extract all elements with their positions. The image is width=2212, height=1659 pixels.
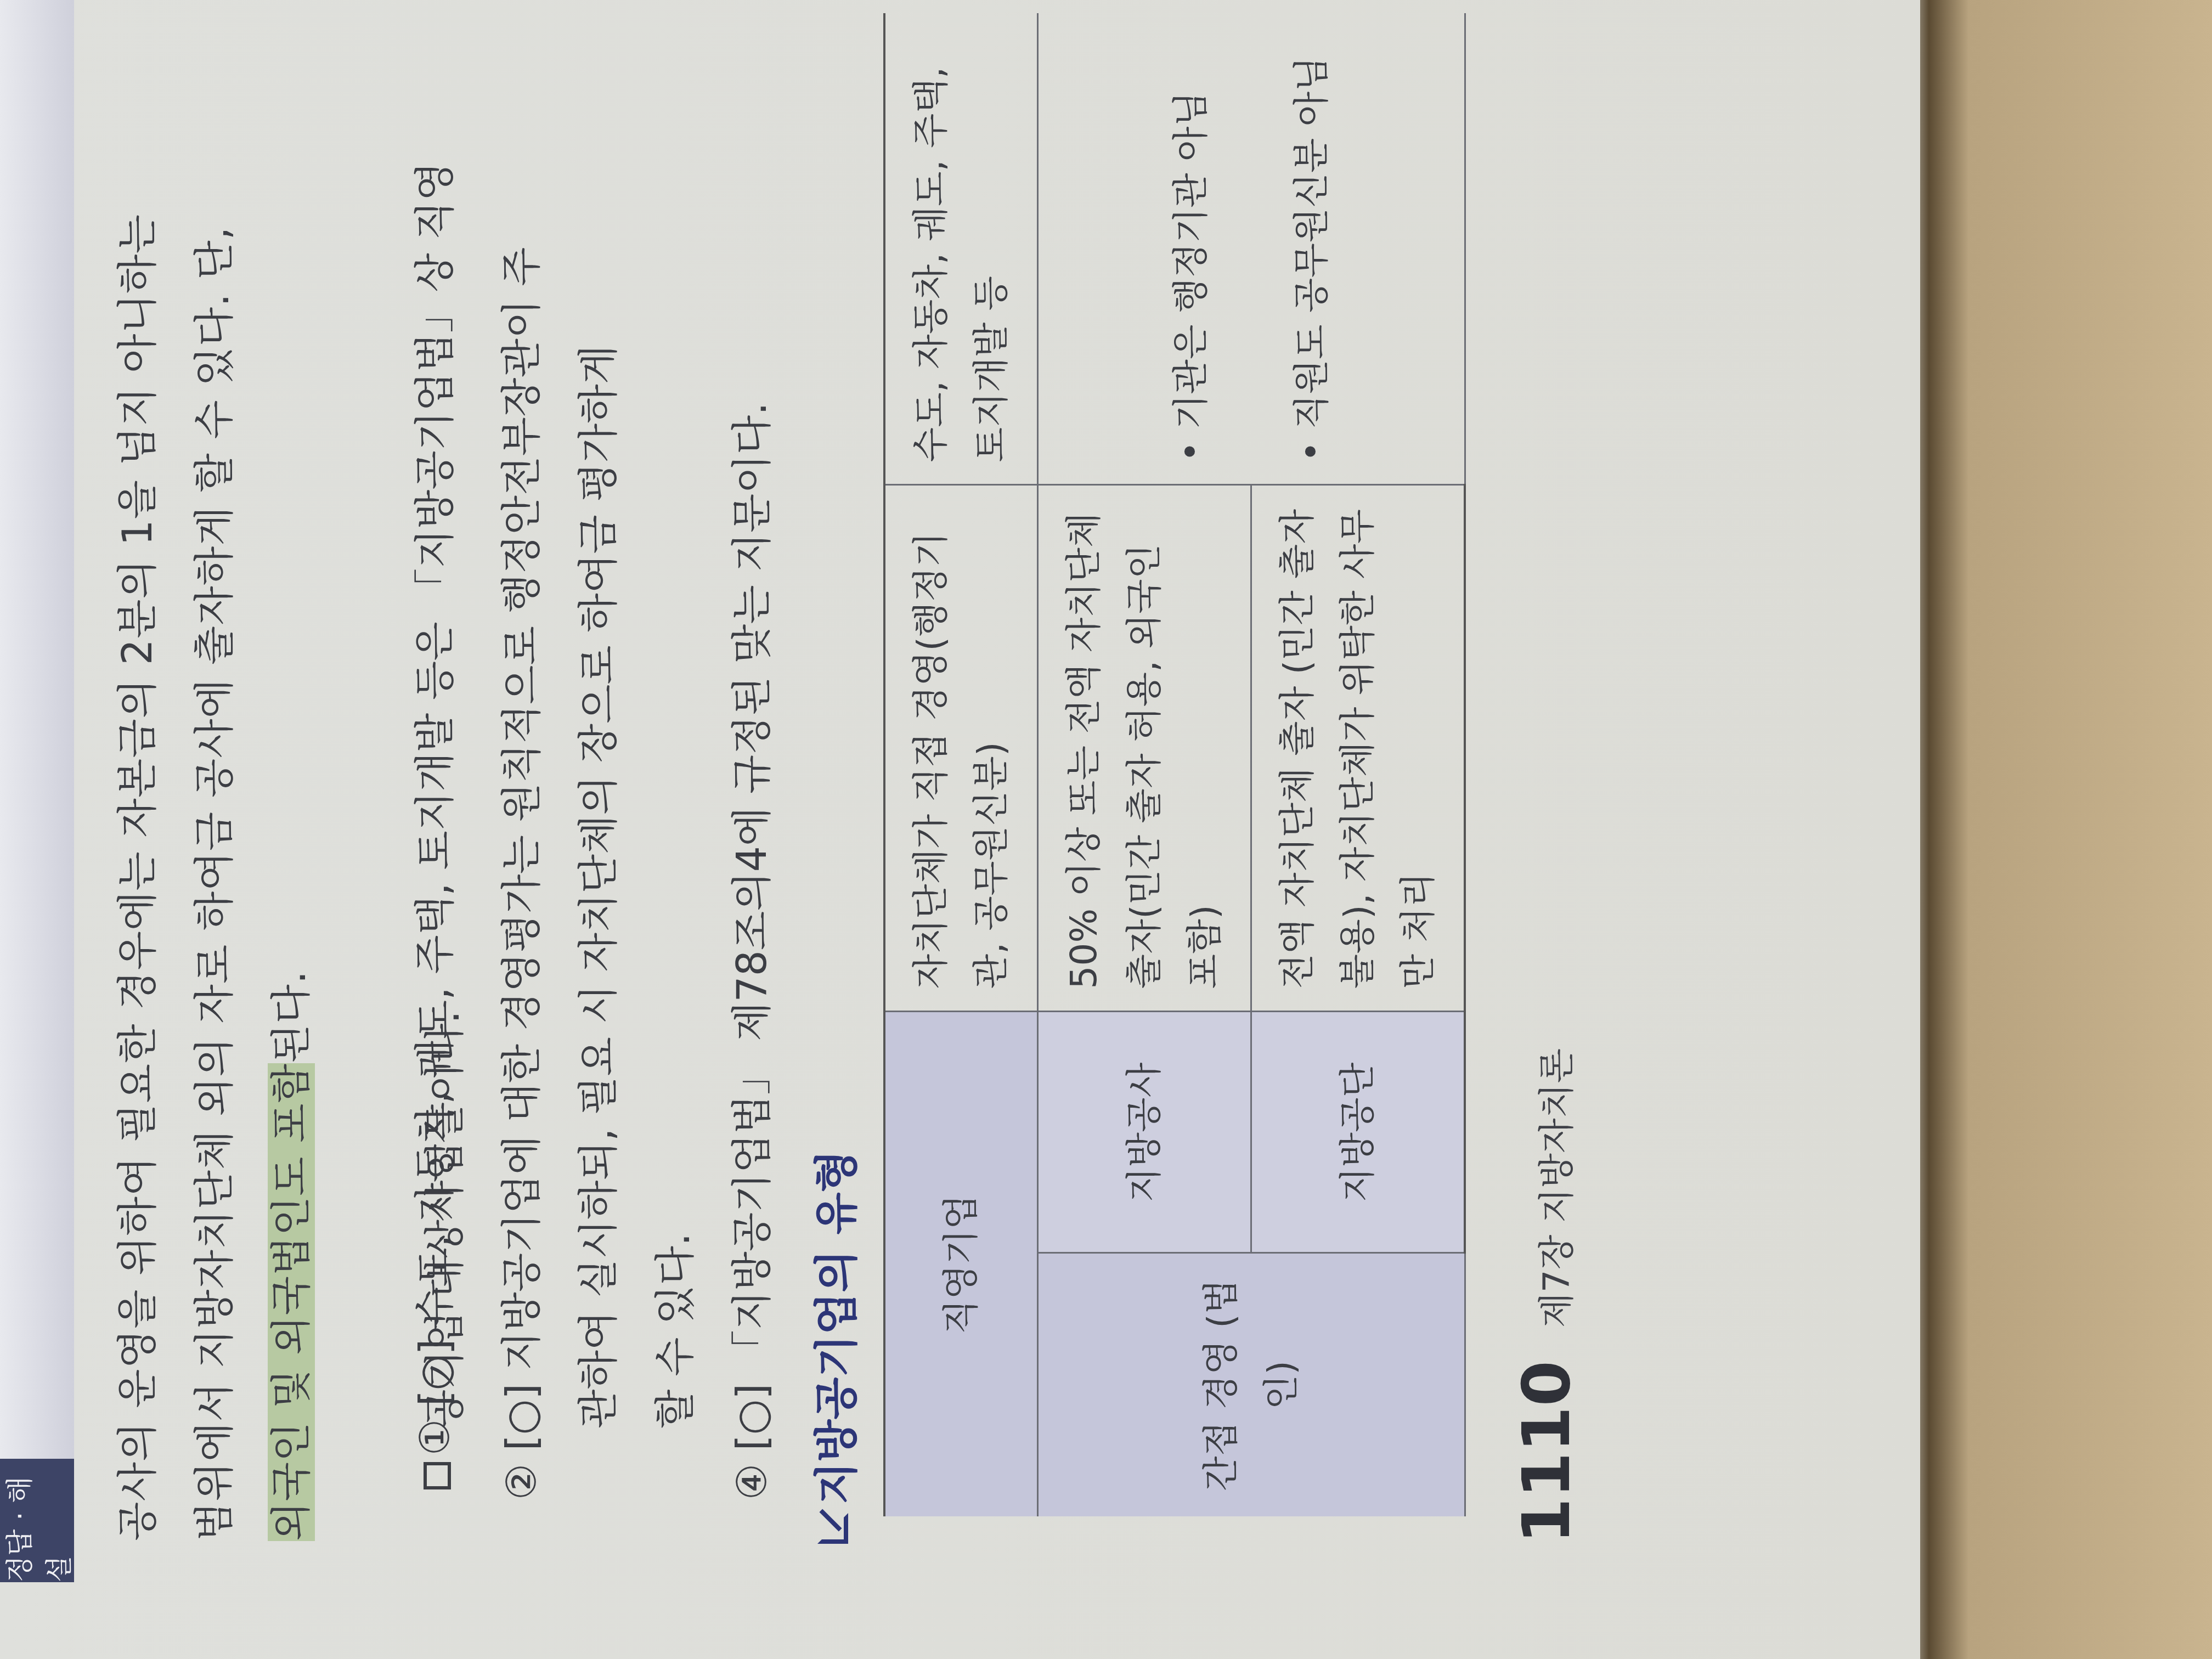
page-footer: 1110 제7장 지방자치론 — [1509, 1048, 1585, 1544]
desc-cell: 50% 이상 또는 전액 자치단체 출자(민간 출자 허용, 외국인 포함) — [1038, 485, 1251, 1012]
subtype-cell: 지방공사 — [1038, 1012, 1251, 1253]
table-row: 직영기업 자치단체가 직접 경영(행정기관, 공무원신분) 수도, 자동차, 궤… — [884, 13, 1038, 1516]
note-cell: 수도, 자동차, 궤도, 주택, 토지개발 등 — [884, 13, 1038, 485]
checkbox-icon — [424, 1462, 451, 1489]
answer-4: ④ [○] 「지방공기업법」 제78조의4에 규정된 맞는 지문이다. — [719, 402, 786, 1500]
header-band — [0, 0, 74, 1582]
answer-2-cont: 관하여 실시하되, 필요 시 자치단체의 장으로 하여금 평가하게 — [565, 345, 632, 1429]
highlighted-text: 외국인 및 외국법인도 포함 — [268, 1063, 315, 1541]
type-cell: 직영기업 — [884, 1012, 1038, 1516]
intro-line-1: 공사의 운영을 위하여 필요한 경우에는 자본금의 2분의 1을 넘지 아니하는 — [104, 214, 171, 1541]
intro-line-3: 외국인 및 외국법인도 포함된다. — [258, 970, 325, 1541]
note-cell: • 기관은 행정기관 아님 • 직원도 공무원신분 아님 — [1038, 13, 1465, 485]
desc-cell: 전액 자치단체 출자 (민간 출자 불용), 자치단체가 위탁한 사무만 처리 — [1251, 485, 1465, 1012]
enterprise-types-table: 직영기업 자치단체가 직접 경영(행정기관, 공무원신분) 수도, 자동차, 궤… — [883, 13, 1466, 1516]
answer-2-cont2: 할 수 있다. — [642, 1233, 709, 1429]
subtype-cell: 지방공단 — [1251, 1012, 1465, 1253]
chapter-title: 제7장 지방자치론 — [1527, 1048, 1579, 1328]
page-number: 1110 — [1509, 1361, 1585, 1544]
section-title: 지방공기업의 유형 — [801, 1150, 864, 1544]
answer-1-cont: 공기업 대상사업들이다. — [411, 1011, 478, 1429]
edit-icon — [817, 1513, 848, 1544]
desc-cell: 자치단체가 직접 경영(행정기관, 공무원신분) — [884, 485, 1038, 1012]
intro-line-2: 범위에서 지방자치단체 외의 자로 하여금 공사에 출자하게 할 수 있다. 단… — [181, 227, 248, 1541]
answer-2: ② [○] 지방공기업에 대한 경영평가는 원칙적으로 행정안전부장관이 주 — [488, 247, 555, 1500]
answer-badge: 정답 · 해설 — [0, 1459, 74, 1582]
table-row: 간접 경영 (법인) 지방공사 50% 이상 또는 전액 자치단체 출자(민간 … — [1038, 13, 1251, 1516]
type-cell: 간접 경영 (법인) — [1038, 1253, 1465, 1516]
book-page: 정답 · 해설 공사의 운영을 위하여 필요한 경우에는 자본금의 2분의 1을… — [0, 0, 1920, 1659]
